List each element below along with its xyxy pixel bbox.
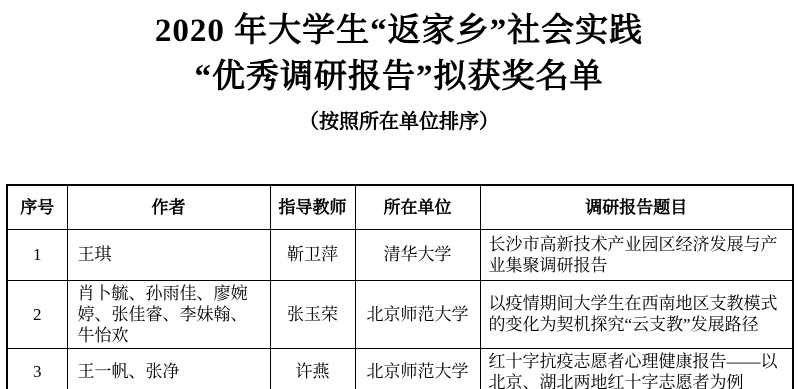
col-header-unit: 所在单位 [355, 185, 480, 229]
cell-report-title: 红十字抗疫志愿者心理健康报告——以北京、湖北两地红十字志愿者为例 [480, 348, 793, 389]
cell-authors: 肖卜毓、孙雨佳、廖婉婷、张佳睿、李妹翰、牛怡欢 [67, 280, 270, 348]
document-header: 2020 年大学生“返家乡”社会实践 “优秀调研报告”拟获奖名单 （按照所在单位… [0, 0, 798, 136]
col-header-report-title: 调研报告题目 [480, 185, 793, 229]
cell-no: 1 [7, 229, 67, 280]
cell-report-title: 以疫情期间大学生在西南地区支教模式的变化为契机探究“云支教”发展路径 [480, 280, 793, 348]
sort-note-subtitle: （按照所在单位排序） [0, 109, 798, 136]
table-row: 2 肖卜毓、孙雨佳、廖婉婷、张佳睿、李妹翰、牛怡欢 张玉荣 北京师范大学 以疫情… [7, 280, 793, 348]
cell-advisor: 许燕 [270, 348, 355, 389]
cell-advisor: 张玉荣 [270, 280, 355, 348]
col-header-authors: 作者 [67, 185, 270, 229]
cell-authors: 王一帆、张净 [67, 348, 270, 389]
awards-table: 序号 作者 指导教师 所在单位 调研报告题目 1 王琪 靳卫萍 清华大学 长沙市… [6, 184, 794, 389]
cell-report-title: 长沙市高新技术产业园区经济发展与产业集聚调研报告 [480, 229, 793, 280]
col-header-advisor: 指导教师 [270, 185, 355, 229]
table-row: 1 王琪 靳卫萍 清华大学 长沙市高新技术产业园区经济发展与产业集聚调研报告 [7, 229, 793, 280]
cell-authors: 王琪 [67, 229, 270, 280]
table-row: 3 王一帆、张净 许燕 北京师范大学 红十字抗疫志愿者心理健康报告——以北京、湖… [7, 348, 793, 389]
cell-no: 2 [7, 280, 67, 348]
col-header-no: 序号 [7, 185, 67, 229]
cell-unit: 清华大学 [355, 229, 480, 280]
cell-no: 3 [7, 348, 67, 389]
cell-unit: 北京师范大学 [355, 280, 480, 348]
page-title-line1: 2020 年大学生“返家乡”社会实践 [0, 8, 798, 54]
page-title-line2: “优秀调研报告”拟获奖名单 [0, 54, 798, 100]
table-header-row: 序号 作者 指导教师 所在单位 调研报告题目 [7, 185, 793, 229]
cell-unit: 北京师范大学 [355, 348, 480, 389]
cell-advisor: 靳卫萍 [270, 229, 355, 280]
